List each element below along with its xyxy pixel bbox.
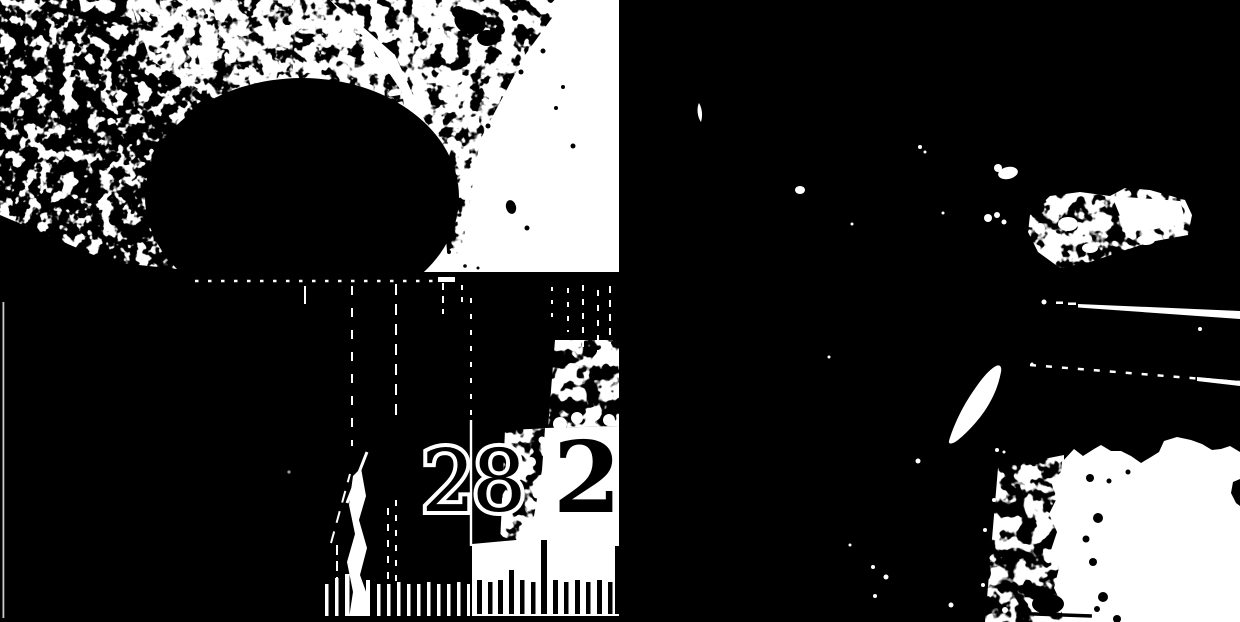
panel-droplet-photo: 28 2 [0,0,625,622]
faint-dot [287,470,290,473]
panel-dark-photo [619,0,1240,622]
left-edge-scratch [3,302,5,618]
bottom-black-strip [300,616,620,622]
figure: 28 2 [0,0,1240,622]
ruler-number-28: 28 [421,432,522,532]
ruler-number-2: 2 [553,421,621,536]
figure-canvas: 28 2 [0,0,1240,622]
